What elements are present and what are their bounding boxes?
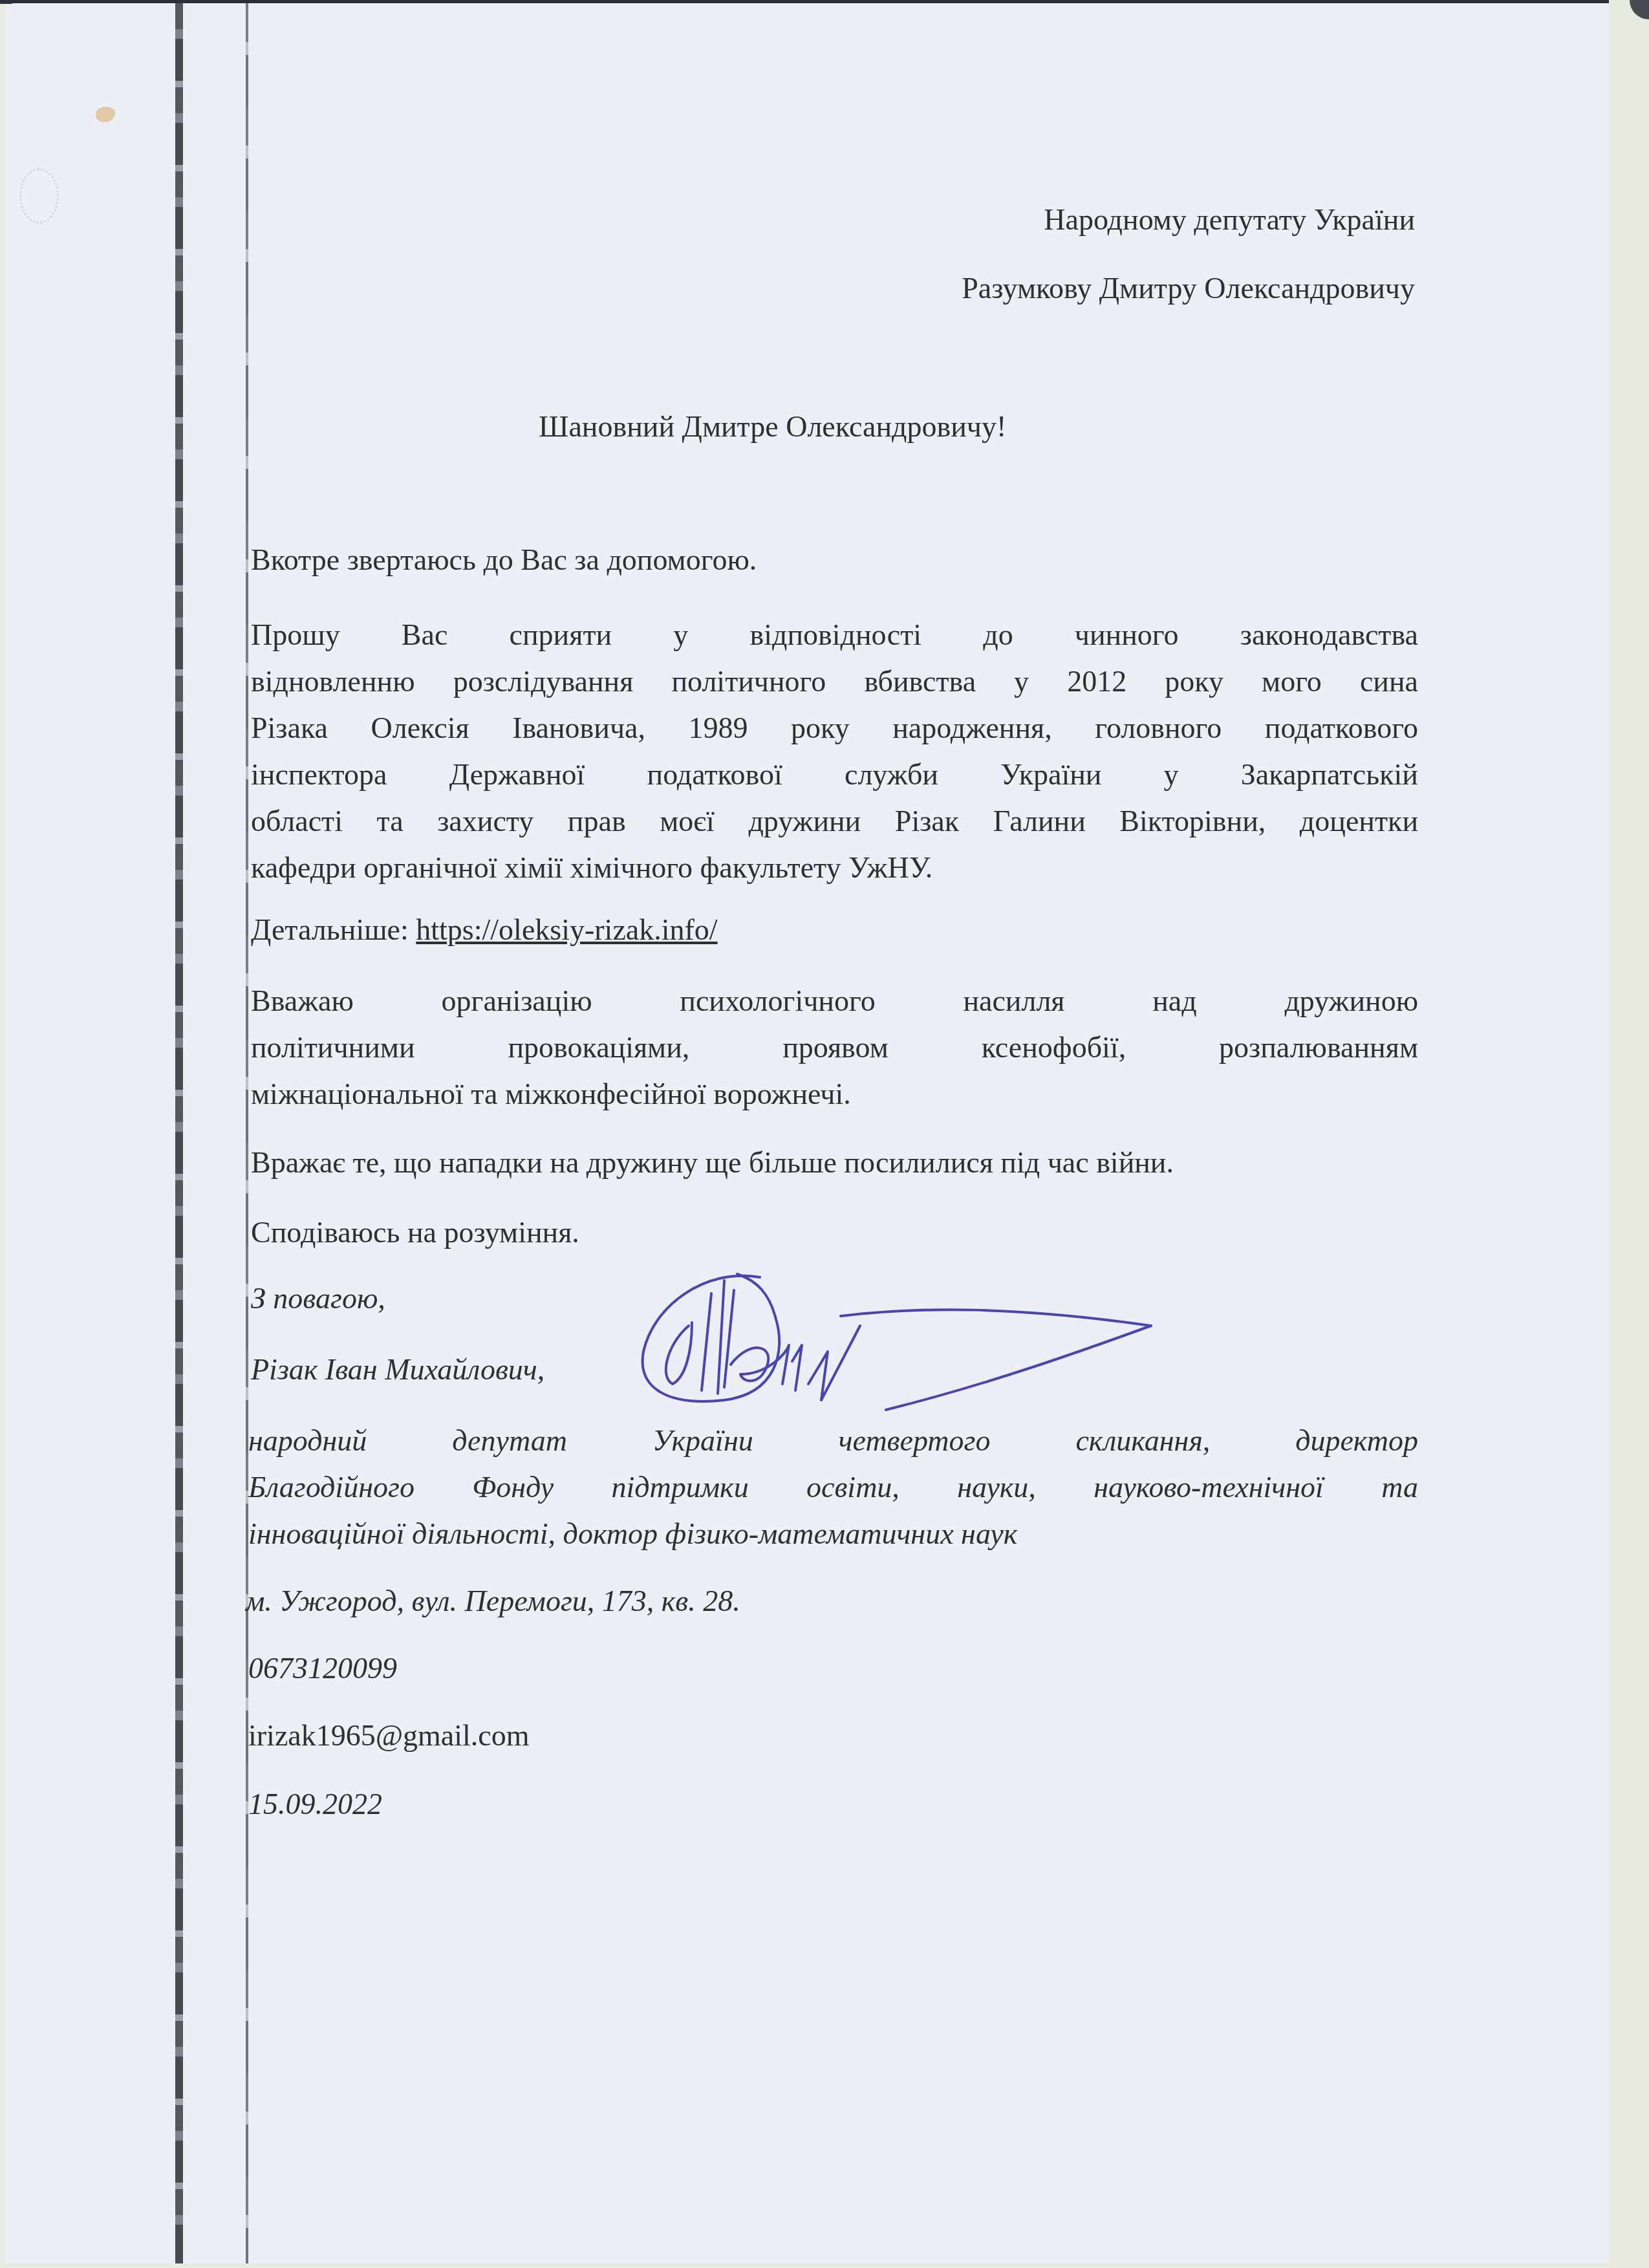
- closing-regards: З повагою,: [251, 1280, 385, 1317]
- violence-line: міжнаціональної та міжконфесійної ворожн…: [251, 1071, 1418, 1118]
- request-line: кафедри органічної хімії хімічного факул…: [251, 845, 1418, 891]
- hope-paragraph: Сподіваюсь на розуміння.: [251, 1215, 579, 1251]
- scanner-margin-right: [1609, 0, 1649, 2268]
- margin-line: [246, 3, 248, 2263]
- intro-paragraph: Вкотре звертаюсь до Вас за допомогою.: [251, 542, 757, 578]
- violence-line: Вважаю організацію психологічного насилл…: [251, 978, 1418, 1024]
- details-label: Детальніше:: [251, 913, 409, 946]
- letter-date: 15.09.2022: [248, 1786, 382, 1822]
- request-paragraph: Прошу Вас сприяти у відповідності до чин…: [251, 612, 1418, 891]
- paper-stain-ring: [19, 168, 59, 224]
- addressee-line-2: Разумкову Дмитру Олександровичу: [962, 270, 1415, 307]
- addressee-name: Разумкову Дмитру Олександровичу: [962, 272, 1415, 305]
- sender-title-line: інноваційної діяльності, доктор фізико-м…: [248, 1511, 1418, 1557]
- request-line: інспектора Державної податкової служби У…: [251, 751, 1418, 798]
- request-line: області та захисту прав моєї дружини Різ…: [251, 798, 1418, 845]
- details-link[interactable]: https://oleksiy-rizak.info/: [416, 913, 717, 946]
- war-paragraph: Вражає те, що нападки на дружину ще біль…: [251, 1145, 1174, 1181]
- violence-line: політичними провокаціями, проявом ксеноф…: [251, 1024, 1418, 1071]
- sender-phone: 0673120099: [248, 1650, 397, 1687]
- sender-title-paragraph: народний депутат України четвертого скли…: [248, 1418, 1418, 1557]
- details-line: Детальніше: https://oleksiy-rizak.info/: [251, 912, 718, 948]
- request-line: відновленню розслідування політичного вб…: [251, 658, 1418, 705]
- sender-address: м. Ужгород, вул. Перемоги, 173, кв. 28.: [246, 1583, 740, 1619]
- request-line: Різака Олексія Івановича, 1989 року наро…: [251, 705, 1418, 751]
- sender-email[interactable]: irizak1965@gmail.com: [248, 1718, 530, 1754]
- request-line: Прошу Вас сприяти у відповідності до чин…: [251, 612, 1418, 658]
- violence-paragraph: Вважаю організацію психологічного насилл…: [251, 978, 1418, 1118]
- sender-title-line: народний депутат України четвертого скли…: [248, 1418, 1418, 1464]
- binder-shadow-line: [175, 3, 183, 2263]
- addressee-line-1: Народному депутату України: [1044, 202, 1415, 238]
- sender-title-line: Благодійного Фонду підтримки освіти, нау…: [248, 1464, 1418, 1511]
- handwritten-signature: [627, 1255, 1183, 1423]
- sender-name: Різак Іван Михайлович,: [251, 1352, 544, 1388]
- greeting: Шановний Дмитре Олександровичу!: [539, 409, 1006, 445]
